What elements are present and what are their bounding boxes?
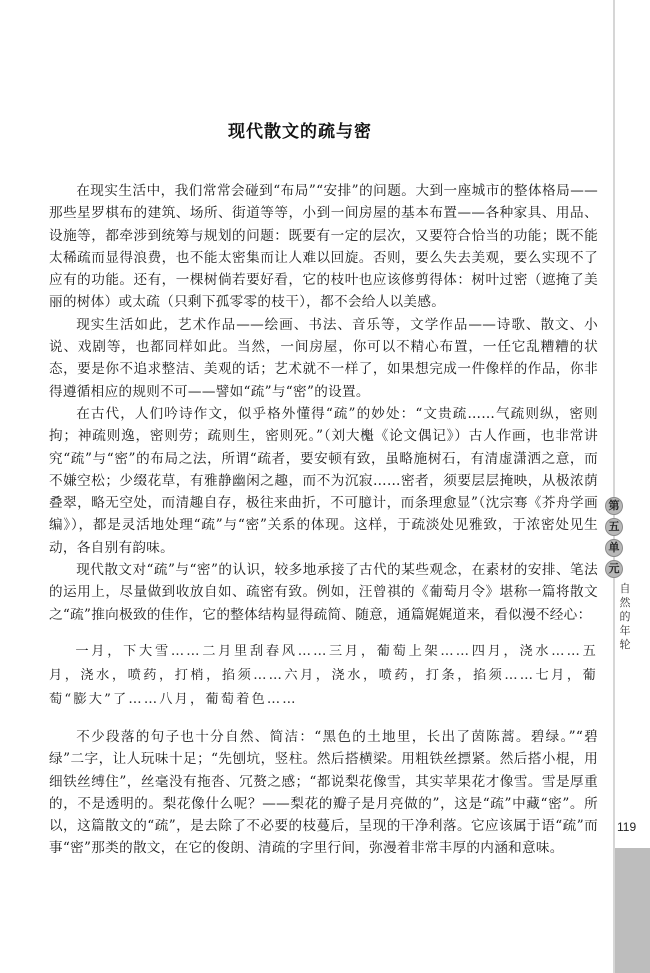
unit-badge: 第 — [605, 497, 623, 515]
margin-gray-block — [615, 848, 650, 973]
unit-badge: 五 — [605, 518, 623, 536]
unit-badge: 元 — [605, 560, 623, 578]
paragraph-2: 现实生活如此，艺术作品——绘画、书法、音乐等，文学作品——诗歌、散文、小说、戏剧… — [49, 314, 598, 403]
unit-title-char: 年 — [617, 624, 633, 638]
unit-title-char: 自 — [617, 582, 633, 596]
unit-title: 自 然 的 年 轮 — [617, 582, 633, 652]
article-body: 在现实生活中，我们常常会碰到“布局”“安排”的问题。大到一座城市的整体格局——那… — [49, 180, 598, 860]
unit-badge: 单 — [605, 539, 623, 557]
block-quote: 一月，下大雪……二月里刮春风……三月，葡萄上架……四月，浇水……五月，浇水，喷药… — [49, 640, 598, 712]
unit-title-char: 的 — [617, 610, 633, 624]
unit-title-char: 然 — [617, 596, 633, 610]
unit-badges: 第 五 单 元 — [602, 497, 626, 578]
page-number: 119 — [617, 820, 636, 834]
paragraph-4: 现代散文对“疏”与“密”的认识，较多地承接了古代的某些观念，在素材的安排、笔法的… — [49, 559, 598, 626]
paragraph-1: 在现实生活中，我们常常会碰到“布局”“安排”的问题。大到一座城市的整体格局——那… — [49, 180, 598, 314]
page-title: 现代散文的疏与密 — [0, 117, 600, 142]
paragraph-5: 不少段落的句子也十分自然、简洁：“黑色的土地里，长出了茵陈蒿。碧绿。”“碧绿”二… — [49, 726, 598, 860]
unit-title-char: 轮 — [617, 638, 633, 652]
paragraph-3: 在古代，人们吟诗作文，似乎格外懂得“疏”的妙处：“文贵疏……气疏则纵，密则拘；神… — [49, 403, 598, 559]
margin-rule — [613, 0, 615, 973]
